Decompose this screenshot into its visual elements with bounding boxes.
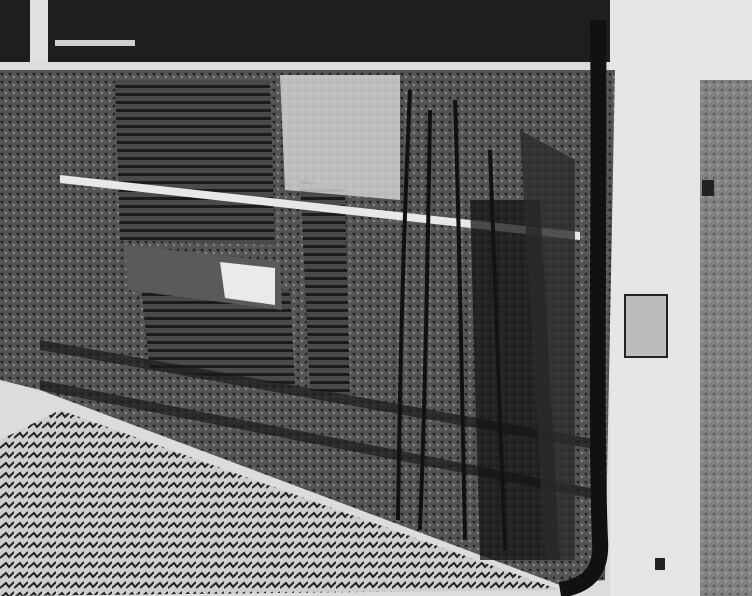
door-latch bbox=[625, 295, 667, 357]
car-door-photo bbox=[0, 0, 752, 596]
photo-rendering bbox=[0, 0, 752, 596]
